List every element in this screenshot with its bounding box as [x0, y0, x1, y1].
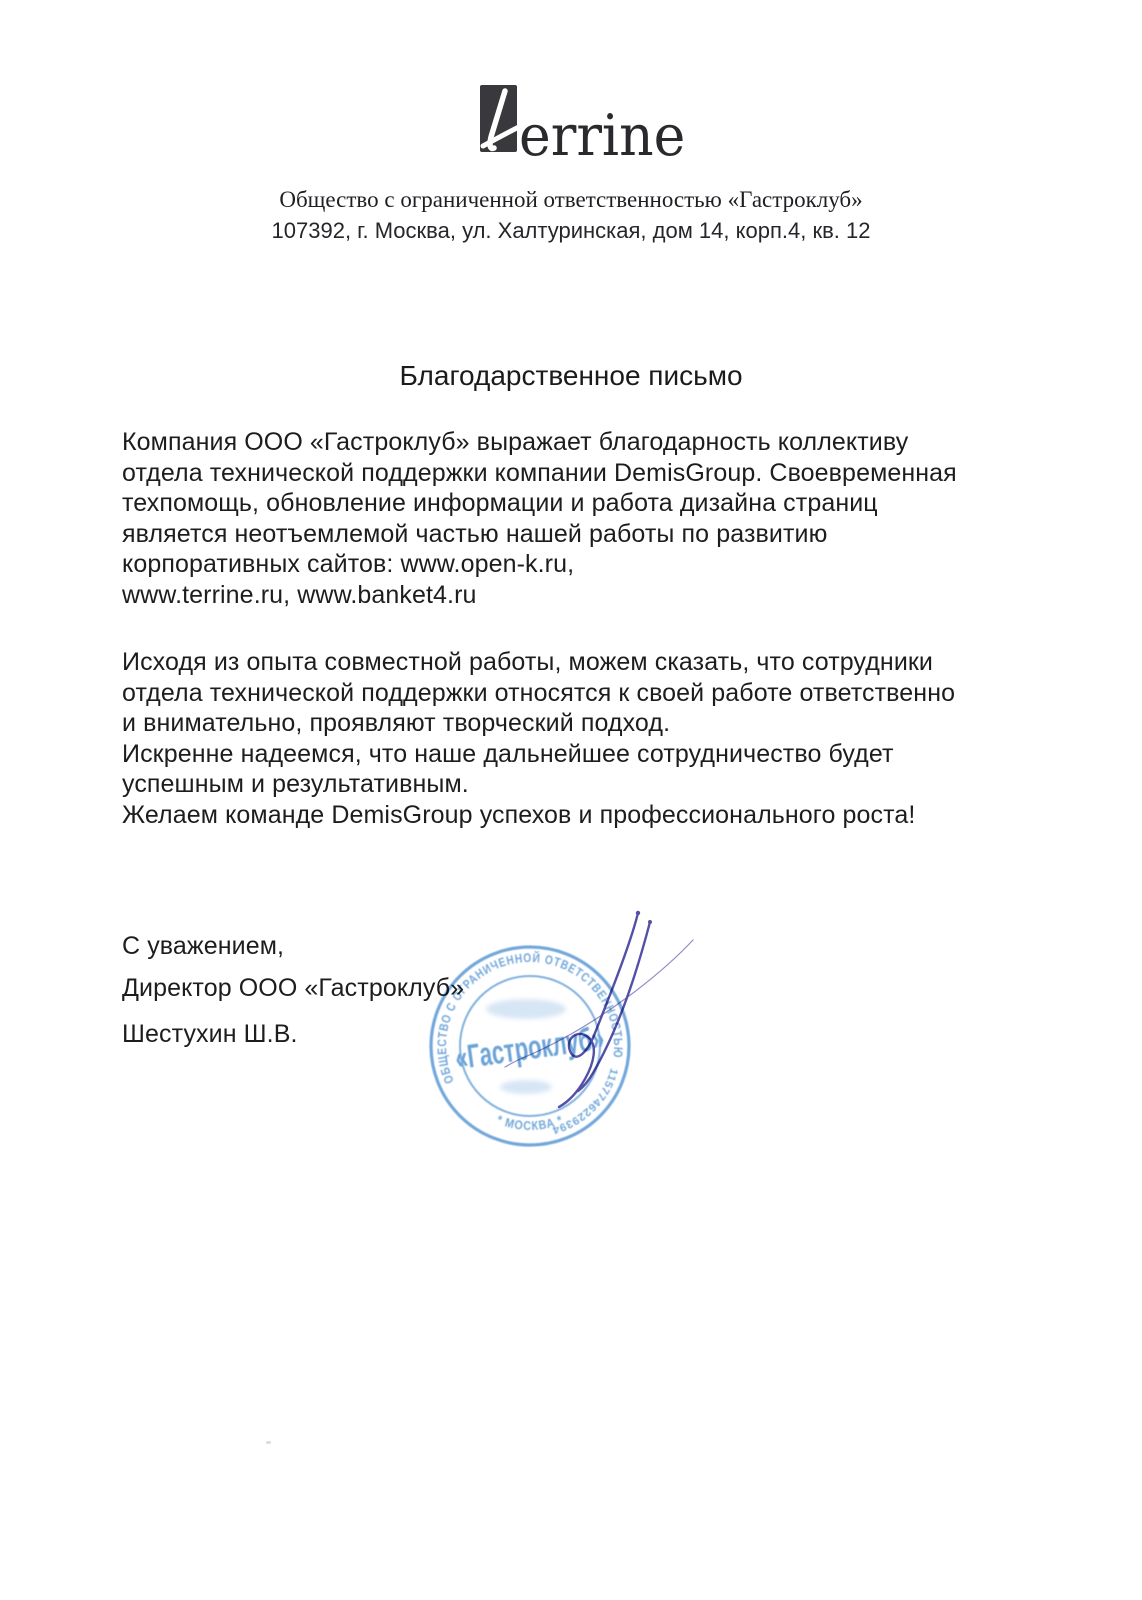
scanned-letter-page: errine Общество с ограниченной ответстве…	[0, 0, 1142, 1600]
letter-paragraph-2: Исходя из опыта совместной работы, можем…	[122, 647, 1102, 830]
handwritten-signature-icon	[430, 875, 720, 1135]
letter-paragraph-1: Компания ООО «Гастроклуб» выражает благо…	[122, 427, 1102, 610]
logo-wordmark: errine	[519, 106, 685, 166]
letter-title: Благодарственное письмо	[0, 360, 1142, 392]
scan-speck	[266, 1441, 271, 1444]
org-name-line: Общество с ограниченной ответственностью…	[0, 186, 1142, 214]
org-address-line: 107392, г. Москва, ул. Халтуринская, дом…	[0, 217, 1142, 245]
